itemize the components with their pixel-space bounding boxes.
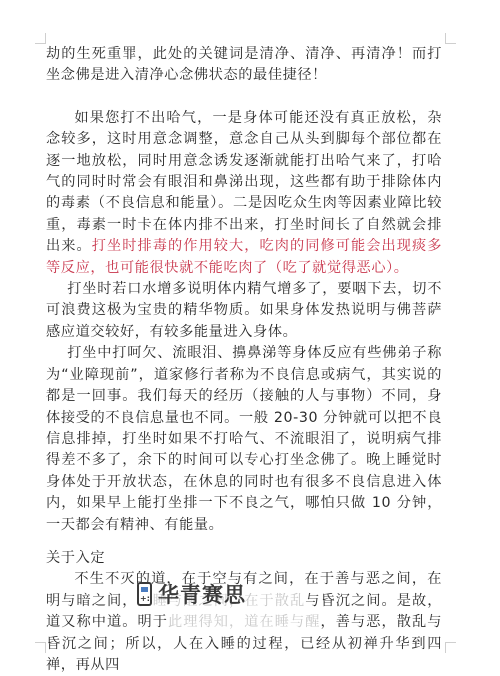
watermark: +: 华青赛思 [137, 577, 246, 611]
paragraph-spacer [46, 536, 442, 544]
paragraph-1: 劫的生死重罪，此处的关键词是清净、清净、再清净！而打坐念佛是进入清净心念佛状态的… [46, 44, 442, 87]
document-page: 劫的生死重罪，此处的关键词是清净、清净、再清净！而打坐念佛是进入清净心念佛状态的… [0, 0, 500, 676]
section-heading: 关于入定 [46, 548, 442, 569]
paragraph-2: 如果您打不出哈气，一是身体可能还没有真正放松，杂念较多，这时用意念调整，意念自己… [46, 108, 442, 279]
paragraph-2-text: 如果您打不出哈气，一是身体可能还没有真正放松，杂念较多，这时用意念调整，意念自己… [46, 110, 442, 254]
paragraph-4: 打坐中打呵欠、流眼泪、擤鼻涕等身体反应有些佛弟子称为“业障现前”，道家修行者称为… [46, 343, 442, 536]
page-corner-mark-top-left [35, 33, 46, 44]
paragraph-5-faded-2: 此理得知，道在睡与醒 [168, 614, 320, 630]
page-corner-mark-bottom-left [35, 642, 46, 653]
page-corner-mark-top-right [445, 33, 456, 44]
calculator-icon: +: [137, 582, 152, 606]
watermark-text: 华青赛思 [158, 579, 246, 609]
paragraph-2-highlight: 打坐时排毒的作用较大，吃肉的同修可能会出现痰多等反应，也可能很快就不能吃肉了（吃… [46, 238, 442, 275]
paragraph-3: 打坐时若口水增多说明体内精气增多了，要咽下去，切不可浪费这极为宝贵的精华物质。如… [46, 279, 442, 343]
paragraph-spacer [46, 87, 442, 108]
page-corner-mark-bottom-right [445, 642, 456, 653]
